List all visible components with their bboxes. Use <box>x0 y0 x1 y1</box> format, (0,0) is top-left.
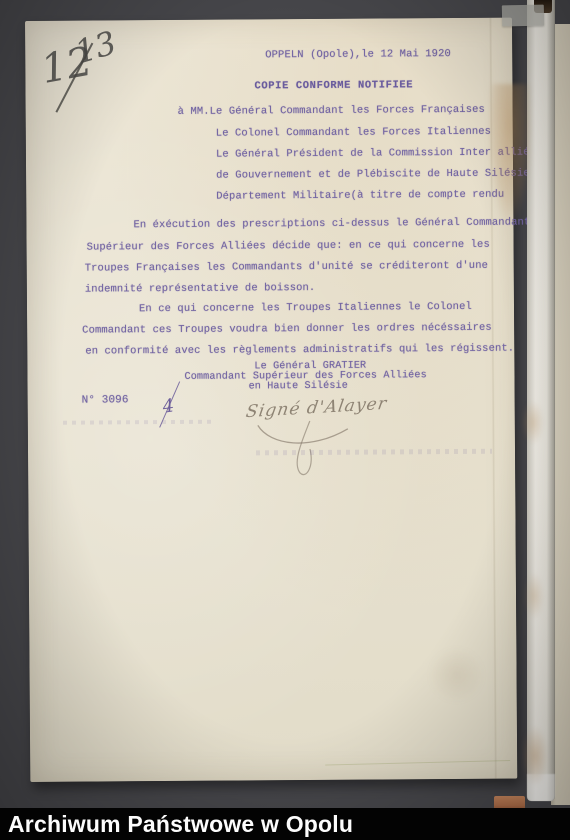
tape-strip <box>502 5 544 27</box>
rolled-page-edge-bottom <box>527 774 555 801</box>
document-title: COPIE CONFORME NOTIFIEE <box>254 79 413 92</box>
archive-name-label: Archiwum Państwowe w Opolu <box>8 811 353 838</box>
reference-handwritten-digit: 4 <box>161 395 175 417</box>
ink-bleed-through <box>63 420 213 425</box>
reference-number: N° 3096 <box>82 394 129 406</box>
body-line: indemnité représentative de boisson. <box>85 282 316 296</box>
body-line: En éxécution des prescriptions ci-dessus… <box>133 216 530 231</box>
document-page: 12 13 OPPELN (Opole),le 12 Mai 1920 COPI… <box>25 18 517 782</box>
signatory-region: en Haute Silésie <box>249 381 348 393</box>
body-line: en conformité avec les règlements admini… <box>85 343 514 358</box>
recipient-line: Le Colonel Commandant les Forces Italien… <box>216 126 491 140</box>
recipient-line: Le Général Président de la Commission In… <box>216 146 530 160</box>
paper-crease <box>325 760 510 766</box>
recipient-line: de Gouvernement et de Plébiscite de Haut… <box>216 167 530 181</box>
ink-bleed-through <box>256 449 492 456</box>
paper-stain <box>427 646 485 704</box>
rolled-page-edge <box>527 0 555 801</box>
signature-flourish <box>240 410 400 481</box>
recipient-line: Département Militaire(à titre de compte … <box>216 189 504 203</box>
body-line: Supérieur des Forces Alliées décide que:… <box>87 239 490 254</box>
body-line: Commandant ces Troupes voudra bien donne… <box>82 322 492 337</box>
dateline: OPPELN (Opole),le 12 Mai 1920 <box>265 48 451 61</box>
archival-scan: 12 13 OPPELN (Opole),le 12 Mai 1920 COPI… <box>0 0 570 840</box>
recipient-line: à MM.Le Général Commandant les Forces Fr… <box>178 104 485 118</box>
archive-footer-bar: Archiwum Państwowe w Opolu <box>0 808 570 840</box>
body-line: Troupes Françaises les Commandants d'uni… <box>85 260 488 275</box>
body-line: En ce qui concerne les Troupes Italienne… <box>139 301 472 315</box>
